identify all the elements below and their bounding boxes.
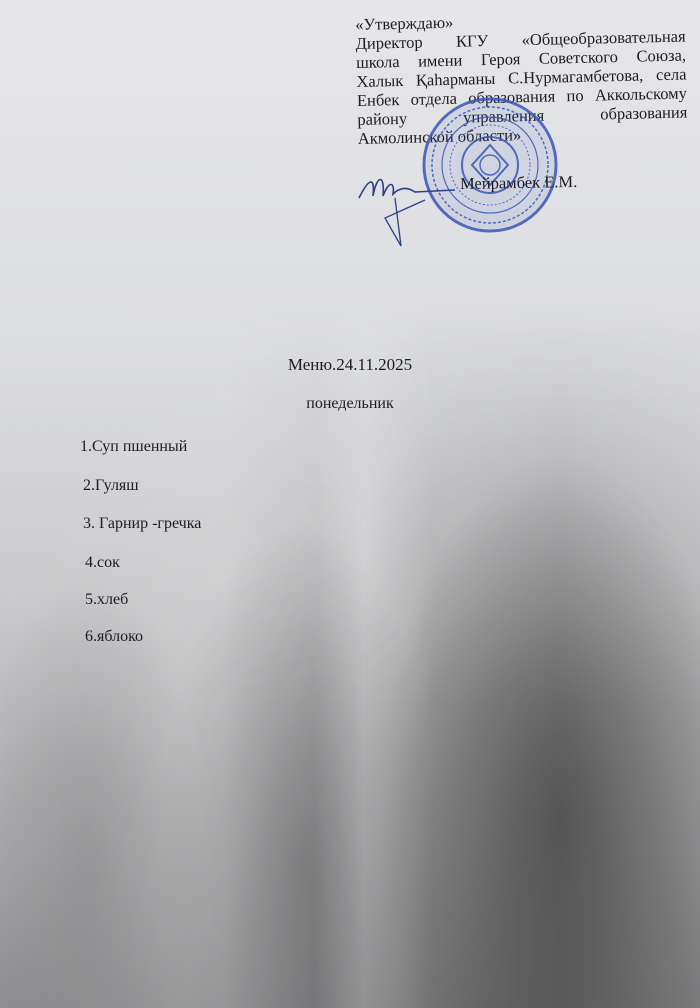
handwritten-signature-icon [355, 168, 465, 248]
signatory-name: Мейрамбек Е.М. [460, 172, 578, 194]
menu-item: 2.Гуляш [83, 477, 139, 495]
menu-item: 6.яблоко [85, 628, 143, 646]
menu-item: 5.хлеб [85, 591, 128, 609]
menu-item: 3. Гарнир -гречка [83, 515, 201, 533]
day-of-week: понедельник [0, 395, 700, 413]
paper-shadow [0, 0, 700, 1008]
menu-item: 1.Суп пшенный [80, 438, 187, 456]
menu-item: 4.сок [85, 554, 120, 572]
document-title: Меню.24.11.2025 [0, 355, 700, 375]
